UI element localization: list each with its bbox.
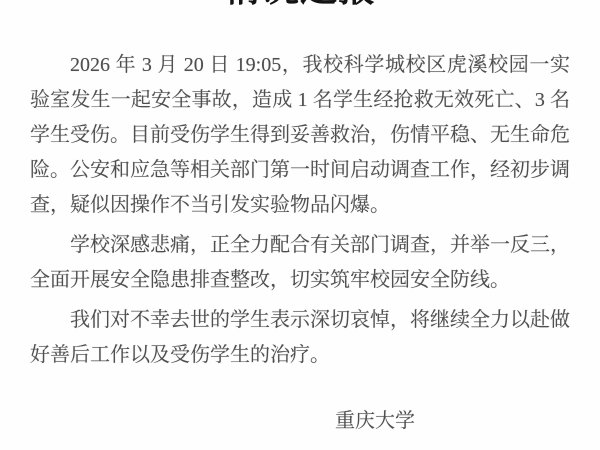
notice-body: 2026 年 3 月 20 日 19:05，我校科学城校区虎溪校园一实验室发生一… (30, 48, 570, 433)
notice-paragraph: 我们对不幸去世的学生表示深切哀悼，将继续全力以赴做好善后工作以及受伤学生的治疗。 (30, 303, 570, 373)
notice-title: 情况通报 (0, 0, 600, 9)
signature: 重庆大学 (30, 409, 570, 433)
notice-page: 情况通报 2026 年 3 月 20 日 19:05，我校科学城校区虎溪校园一实… (0, 0, 600, 450)
notice-paragraph: 2026 年 3 月 20 日 19:05，我校科学城校区虎溪校园一实验室发生一… (30, 48, 570, 223)
notice-paragraph: 学校深感悲痛，正全力配合有关部门调查，并举一反三，全面开展安全隐患排查整改，切实… (30, 228, 570, 298)
